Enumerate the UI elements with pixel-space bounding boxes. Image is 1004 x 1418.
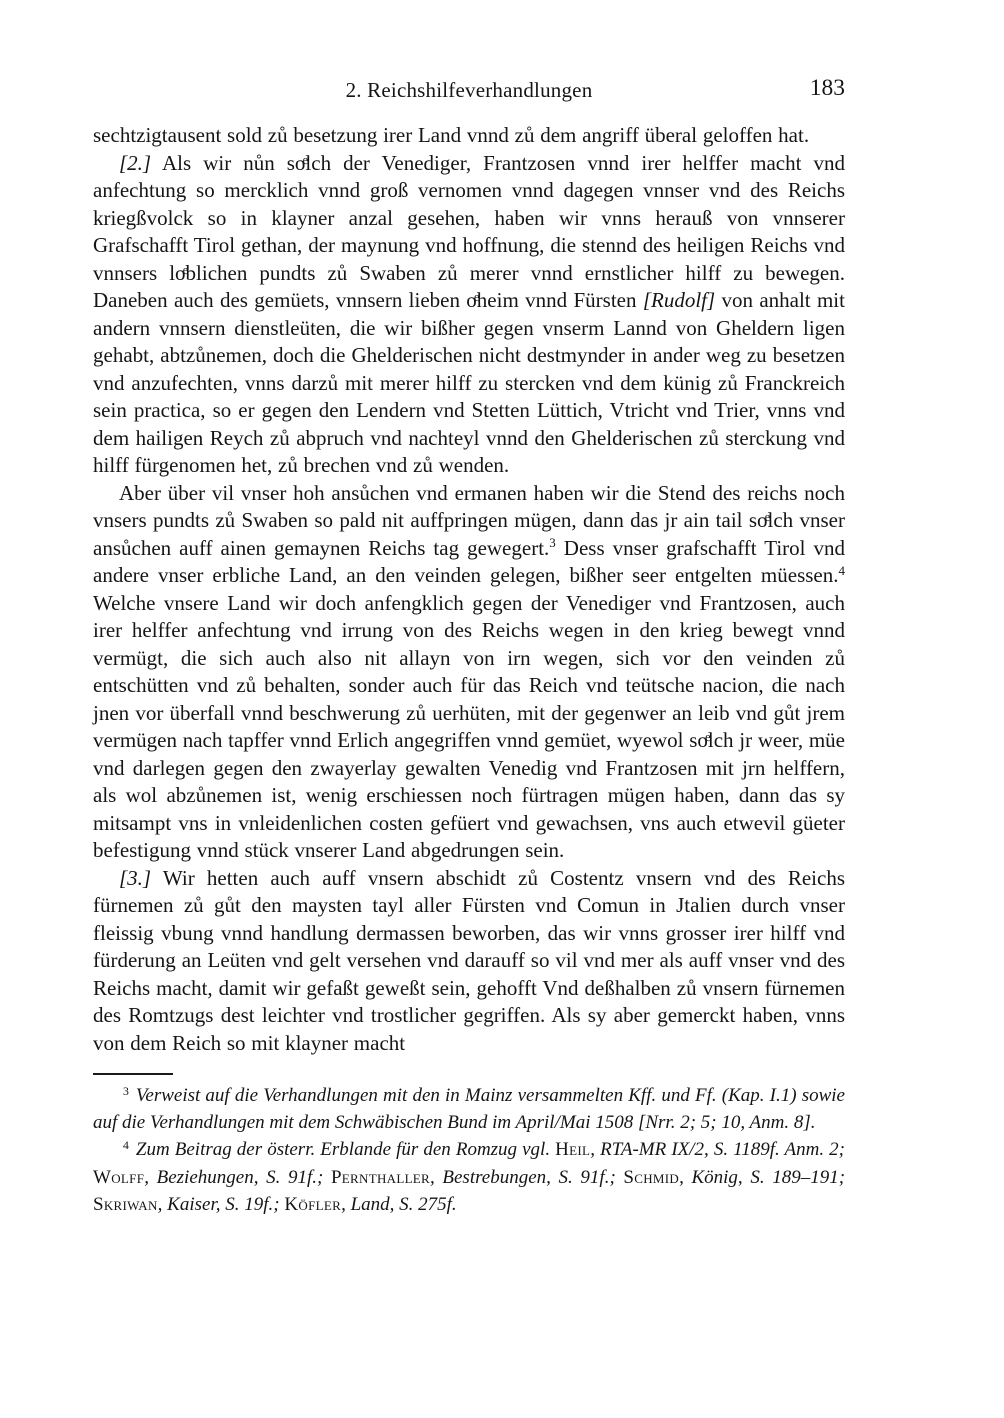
text-run: , RTA-MR IX/2, S. 1189f. Anm. 2;: [590, 1139, 845, 1160]
text-run: , Land, S. 275f.: [341, 1194, 457, 1215]
footnote: 4Zum Beitrag der österr. Erblande für de…: [93, 1136, 845, 1218]
text-run: [Rudolf]: [643, 288, 715, 312]
footnote-number: 3: [123, 1085, 129, 1098]
text-run: , Beziehungen, S. 91f.;: [144, 1167, 331, 1188]
text-run: Pernthaller: [331, 1167, 430, 1188]
text-run: Schmid: [623, 1167, 679, 1188]
text-run: Zum Beitrag der österr. Erblande für den…: [136, 1139, 555, 1160]
book-page: 2. Reichshilfeverhandlungen 183 sechtzig…: [0, 0, 1004, 1418]
text-run: Wir hetten auch auff vnsern abschidt zů …: [93, 866, 845, 1055]
text-run: Heil: [555, 1139, 590, 1160]
text-run: , Bestrebungen, S. 91f.;: [430, 1167, 623, 1188]
text-run: Verweist auf die Verhandlungen mit den i…: [93, 1085, 845, 1133]
paragraph: [2.] Als wir nůn soͤlch der Venediger, F…: [93, 150, 845, 480]
section-title: 2. Reichshilfeverhandlungen: [93, 78, 845, 103]
footnote-reference: 4: [838, 563, 845, 578]
text-run: von anhalt mit andern vnnsern dienstleüt…: [93, 288, 845, 477]
footnotes: 3Verweist auf die Verhandlungen mit den …: [93, 1082, 845, 1218]
footnote-reference: 3: [549, 535, 556, 550]
footnote-number: 4: [123, 1139, 129, 1152]
text-run: Wolff: [93, 1167, 144, 1188]
text-run: sechtzigtausent sold zů besetzung irer L…: [93, 123, 809, 147]
text-run: [3.]: [119, 866, 151, 890]
footnote: 3Verweist auf die Verhandlungen mit den …: [93, 1082, 845, 1136]
page-number: 183: [810, 75, 845, 102]
paragraph: Aber über vil vnser hoh ansůchen vnd erm…: [93, 480, 845, 865]
paragraph: sechtzigtausent sold zů besetzung irer L…: [93, 122, 845, 150]
text-run: , Kaiser, S. 19f.;: [158, 1194, 285, 1215]
body-text: sechtzigtausent sold zů besetzung irer L…: [93, 122, 845, 1057]
paragraph: [3.] Wir hetten auch auff vnsern abschid…: [93, 865, 845, 1058]
text-run: [2.]: [119, 151, 151, 175]
text-run: Köfler: [284, 1194, 341, 1215]
running-head: 2. Reichshilfeverhandlungen 183: [93, 78, 845, 108]
text-run: Welche vnsere Land wir doch anfengklich …: [93, 591, 845, 863]
footnote-separator: [93, 1073, 173, 1075]
text-run: , König, S. 189–191;: [679, 1167, 845, 1188]
text-run: Skriwan: [93, 1194, 158, 1215]
